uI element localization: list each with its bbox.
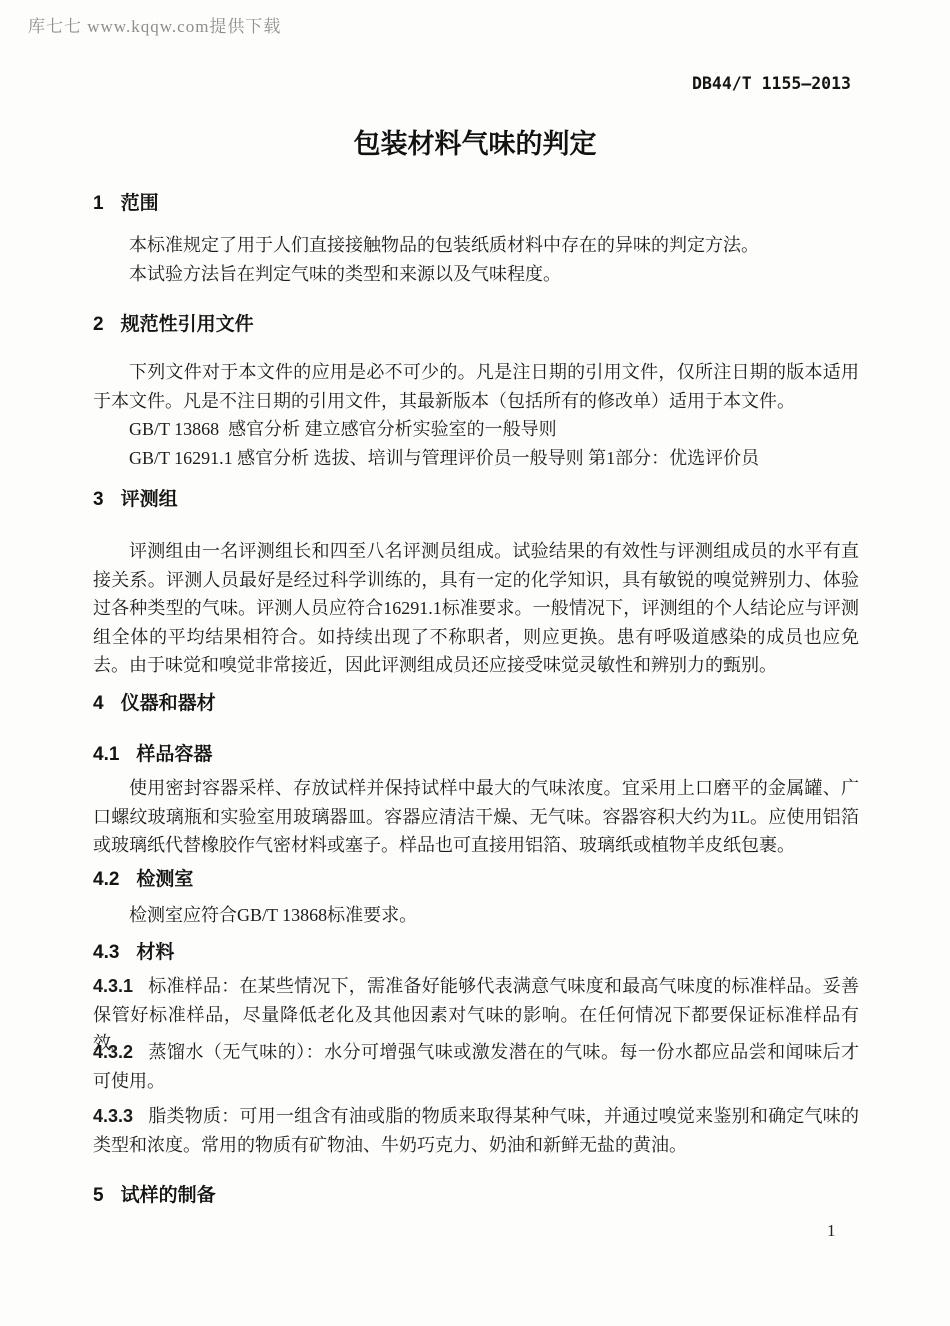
paragraph: 使用密封容器采样、存放试样并保持试样中最大的气味浓度。宜采用上口磨平的金属罐、广… [93,774,859,860]
section-heading-label: 材料 [136,942,174,963]
section-heading-label: 试样的制备 [121,1185,216,1206]
numbered-paragraph: 4.3.2蒸馏水（无气味的）：水分可增强气味或激发潜在的气味。每一份水都应品尝和… [93,1038,859,1095]
paragraph: 评测组由一名评测组长和四至八名评测员组成。试验结果的有效性与评测组成员的水平有直… [93,537,859,680]
section-number: 4 [93,693,104,714]
section-heading-label: 仪器和器材 [121,693,216,714]
section-heading-1: 1范围 [93,188,859,215]
clause-number: 4.3.1 [93,976,133,996]
section-heading-3: 3评测组 [93,484,859,511]
normative-reference: GB/T 13868 感官分析 建立感官分析实验室的一般导则 [93,415,859,444]
normative-reference: GB/T 16291.1 感官分析 选拔、培训与管理评价员一般导则 第1部分：优… [93,444,859,473]
doc-number: DB44/T 1155—2013 [692,74,851,93]
section-heading-4-1: 4.1样品容器 [93,739,859,766]
section-number: 4.3 [93,942,119,963]
section-number: 3 [93,489,104,510]
clause-4-3-2: 4.3.2蒸馏水（无气味的）：水分可增强气味或激发潜在的气味。每一份水都应品尝和… [93,1038,859,1095]
document-page: 库七七 www.kqqw.com提供下载 DB44/T 1155—2013 包装… [0,0,950,1326]
paragraph: 本标准规定了用于人们直接接触物品的包装纸质材料中存在的异味的判定方法。 [93,231,859,260]
section-heading-label: 规范性引用文件 [121,314,254,335]
page-title: 包装材料气味的判定 [0,122,950,161]
section-number: 4.2 [93,869,119,890]
paragraph: 下列文件对于本文件的应用是必不可少的。凡是注日期的引用文件，仅所注日期的版本适用… [93,358,859,415]
section-heading-label: 范围 [121,193,159,214]
section-heading-4-2: 4.2检测室 [93,864,859,891]
paragraph: 本试验方法旨在判定气味的类型和来源以及气味程度。 [93,260,859,289]
watermark: 库七七 www.kqqw.com提供下载 [28,12,281,37]
section-heading-4: 4仪器和器材 [93,688,859,715]
clause-text: 蒸馏水（无气味的）：水分可增强气味或激发潜在的气味。每一份水都应品尝和闻味后才可… [93,1042,859,1091]
clause-text: 脂类物质：可用一组含有油或脂的物质来取得某种气味，并通过嗅觉来鉴别和确定气味的类… [93,1106,859,1155]
section-heading-5: 5试样的制备 [93,1180,859,1207]
section-heading-label: 评测组 [121,489,178,510]
section-heading-label: 检测室 [136,869,193,890]
section-heading-2: 2规范性引用文件 [93,309,859,336]
clause-number: 4.3.2 [93,1042,133,1062]
section-number: 5 [93,1185,104,1206]
clause-4-3-3: 4.3.3脂类物质：可用一组含有油或脂的物质来取得某种气味，并通过嗅觉来鉴别和确… [93,1102,859,1159]
numbered-paragraph: 4.3.3脂类物质：可用一组含有油或脂的物质来取得某种气味，并通过嗅觉来鉴别和确… [93,1102,859,1159]
page-number: 1 [827,1221,836,1241]
section-heading-label: 样品容器 [136,744,212,765]
section-number: 2 [93,314,104,335]
section-3-body: 评测组由一名评测组长和四至八名评测员组成。试验结果的有效性与评测组成员的水平有直… [93,537,859,680]
section-number: 1 [93,193,104,214]
section-number: 4.1 [93,744,119,765]
section-heading-4-3: 4.3材料 [93,937,859,964]
clause-number: 4.3.3 [93,1106,133,1126]
section-1-body: 本标准规定了用于人们直接接触物品的包装纸质材料中存在的异味的判定方法。 本试验方… [93,231,859,288]
section-2-body: 下列文件对于本文件的应用是必不可少的。凡是注日期的引用文件，仅所注日期的版本适用… [93,358,859,472]
section-4-1-body: 使用密封容器采样、存放试样并保持试样中最大的气味浓度。宜采用上口磨平的金属罐、广… [93,774,859,860]
paragraph: 检测室应符合GB/T 13868标准要求。 [93,901,859,930]
section-4-2-body: 检测室应符合GB/T 13868标准要求。 [93,901,859,930]
